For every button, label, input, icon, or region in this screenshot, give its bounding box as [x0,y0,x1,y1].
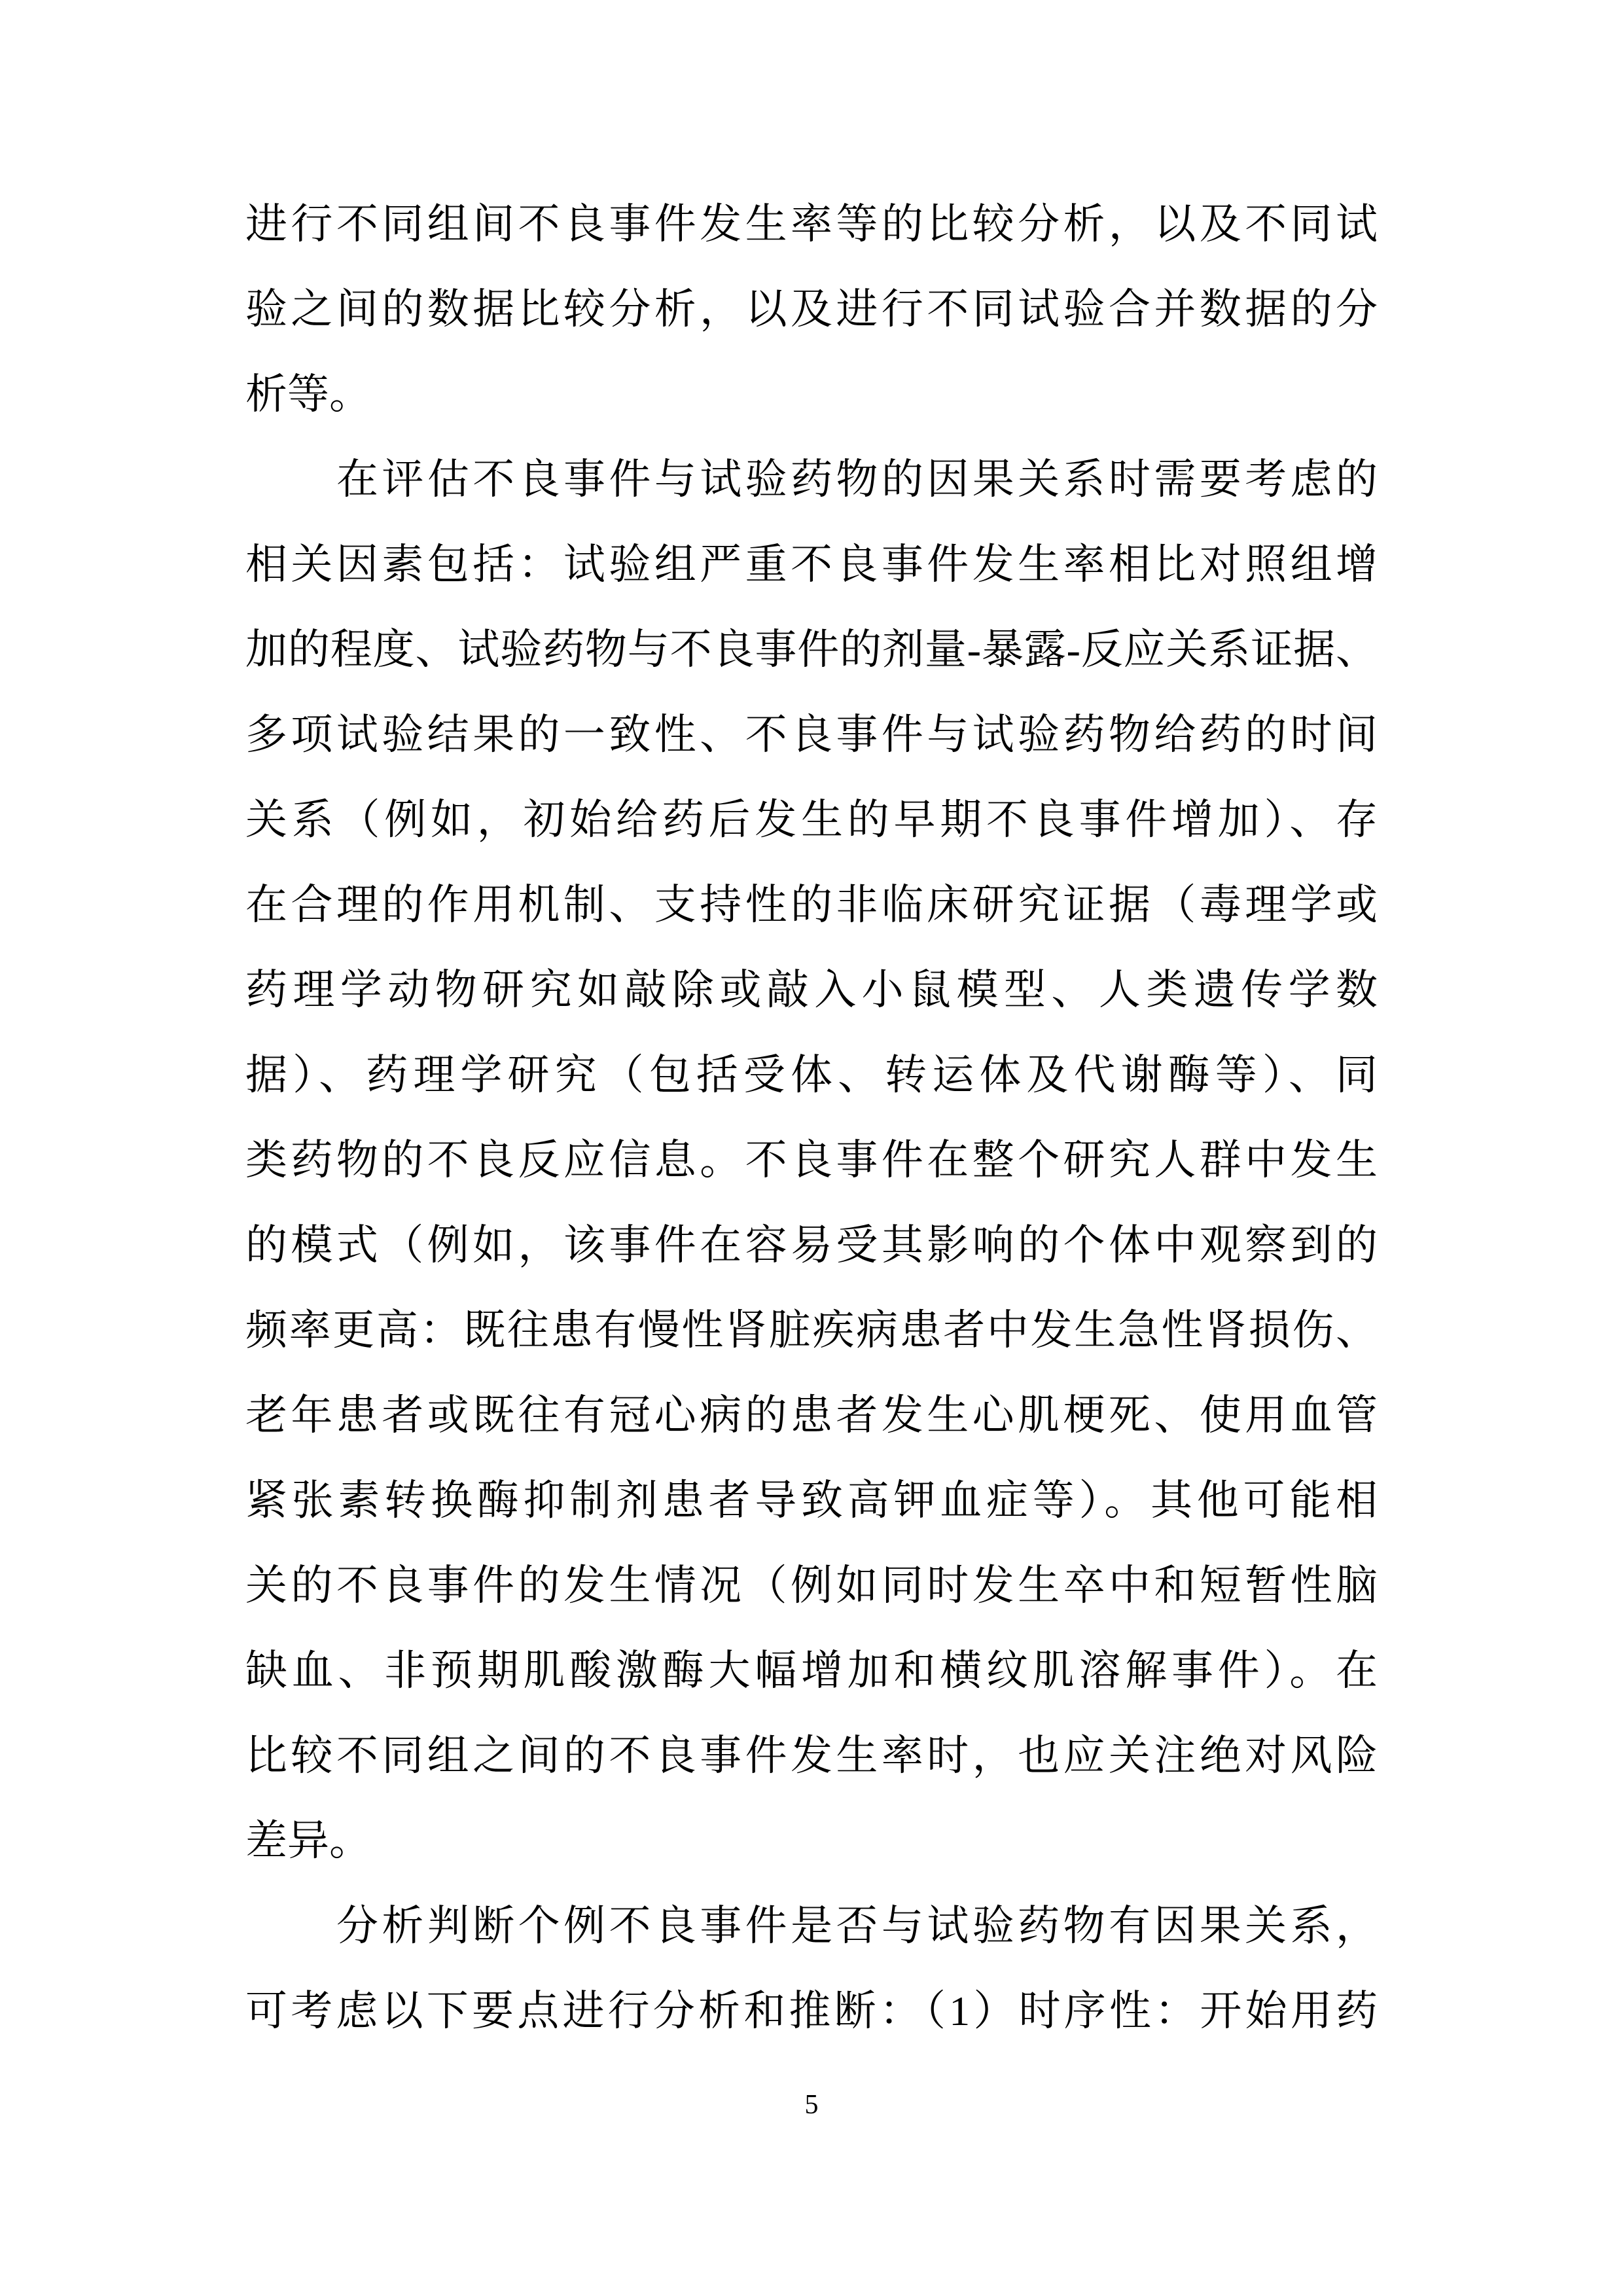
text-line: 老年患者或既往有冠心病的患者发生心肌梗死、使用血管 [245,1373,1378,1458]
text-line: 验之间的数据比较分析，以及进行不同试验合并数据的分 [245,267,1378,352]
text-line: 紧张素转换酶抑制剂患者导致高钾血症等）。其他可能相 [245,1458,1378,1543]
text-line: 药理学动物研究如敲除或敲入小鼠模型、人类遗传学数 [245,948,1378,1033]
text-line: 分析判断个例不良事件是否与试验药物有因果关系， [245,1884,1378,1969]
document-page: 进行不同组间不良事件发生率等的比较分析，以及不同试验之间的数据比较分析，以及进行… [0,0,1623,2296]
text-line: 的模式（例如，该事件在容易受其影响的个体中观察到的 [245,1203,1378,1288]
text-line: 相关因素包括：试验组严重不良事件发生率相比对照组增 [245,522,1378,607]
text-line: 析等。 [245,352,1378,437]
text-line: 差异。 [245,1799,1378,1884]
page-footer: 5 [0,2089,1623,2121]
text-line: 频率更高：既往患有慢性肾脏疾病患者中发生急性肾损伤、 [245,1288,1378,1373]
text-line: 比较不同组之间的不良事件发生率时，也应关注绝对风险 [245,1713,1378,1799]
text-line: 缺血、非预期肌酸激酶大幅增加和横纹肌溶解事件）。在 [245,1628,1378,1713]
text-line: 据）、药理学研究（包括受体、转运体及代谢酶等）、同 [245,1033,1378,1118]
text-line: 进行不同组间不良事件发生率等的比较分析，以及不同试 [245,182,1378,267]
text-line: 加的程度、试验药物与不良事件的剂量-暴露-反应关系证据、 [245,607,1378,692]
text-line: 类药物的不良反应信息。不良事件在整个研究人群中发生 [245,1118,1378,1203]
text-line: 关的不良事件的发生情况（例如同时发生卒中和短暂性脑 [245,1543,1378,1628]
text-line: 多项试验结果的一致性、不良事件与试验药物给药的时间 [245,692,1378,778]
text-block: 进行不同组间不良事件发生率等的比较分析，以及不同试验之间的数据比较分析，以及进行… [245,182,1378,2054]
page-number: 5 [805,2090,819,2120]
text-line: 在合理的作用机制、支持性的非临床研究证据（毒理学或 [245,863,1378,948]
text-line: 关系（例如，初始给药后发生的早期不良事件增加）、存 [245,778,1378,863]
text-line: 可考虑以下要点进行分析和推断：（1）时序性：开始用药 [245,1969,1378,2054]
text-line: 在评估不良事件与试验药物的因果关系时需要考虑的 [245,437,1378,522]
